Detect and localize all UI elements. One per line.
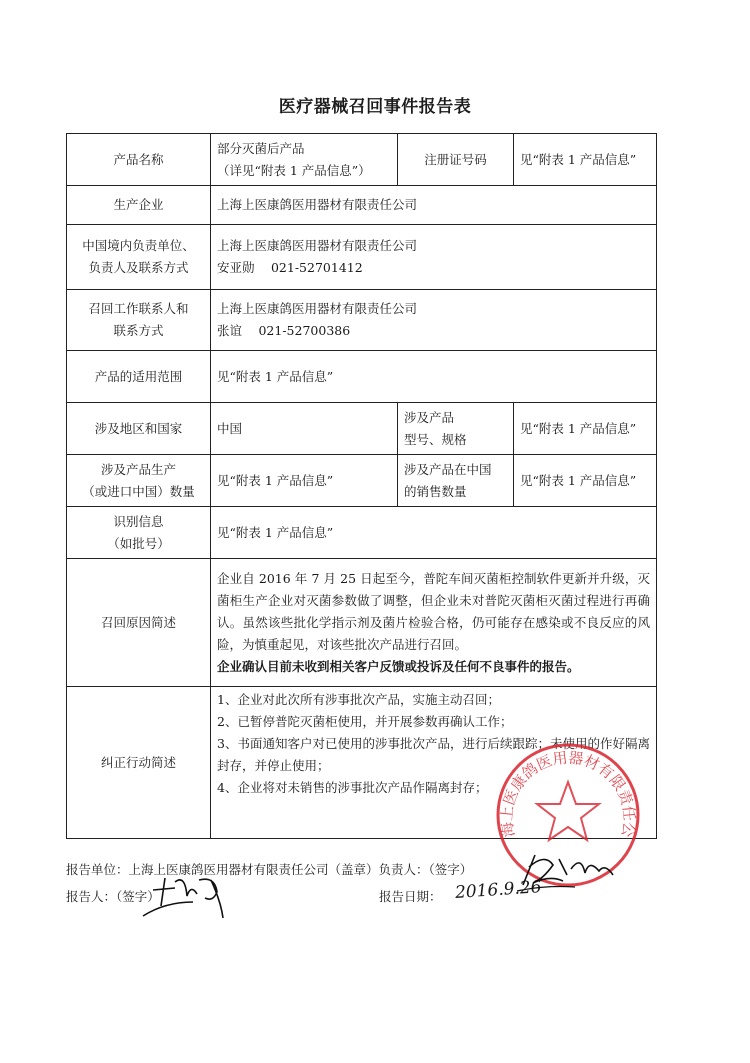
- label-scope: 产品的适用范围: [67, 351, 211, 403]
- report-date-label: 报告日期：: [379, 887, 442, 905]
- label-model-spec: 涉及产品 型号、规格: [398, 403, 514, 455]
- label-line1: 识别信息: [73, 511, 204, 533]
- label-recall-contact: 召回工作联系人和 联系方式: [67, 290, 211, 351]
- reporter-label: 报告人：（签字）: [66, 887, 160, 905]
- label-line2: （如批号）: [73, 533, 204, 555]
- corrective-item-4: 4、企业将对未销售的涉事批次产品作隔离封存；: [217, 777, 650, 799]
- label-line1: 涉及产品在中国: [404, 459, 507, 481]
- reporting-unit-value: 上海上医康鸽医用器材有限责任公司（盖章）: [129, 862, 379, 877]
- label-line2: 的销售数量: [404, 481, 507, 503]
- reporting-unit-label: 报告单位：: [66, 862, 129, 877]
- corrective-item-3: 3、书面通知客户对已使用的涉事批次产品，进行后续跟踪；未使用的作好隔离封存，并停…: [217, 733, 650, 777]
- footer-line-1: 报告单位：上海上医康鸽医用器材有限责任公司（盖章）负责人：（签字）: [66, 860, 472, 878]
- label-line2: 型号、规格: [404, 429, 507, 451]
- document-title: 医疗器械召回事件报告表: [0, 92, 750, 117]
- label-line1: 涉及产品生产: [73, 459, 204, 481]
- label-domestic-responsible: 中国境内负责单位、 负责人及联系方式: [67, 225, 211, 290]
- label-product-name: 产品名称: [67, 134, 211, 186]
- responsible-signature: [515, 845, 625, 895]
- row-identification: 识别信息 （如批号） 见“附表 1 产品信息”: [67, 507, 657, 559]
- row-scope: 产品的适用范围 见“附表 1 产品信息”: [67, 351, 657, 403]
- label-corrective-action: 纠正行动简述: [67, 687, 211, 839]
- row-domestic-responsible: 中国境内负责单位、 负责人及联系方式 上海上医康鸽医用器材有限责任公司 安亚勋 …: [67, 225, 657, 290]
- corrective-item-2: 2、已暂停普陀灭菌柜使用，并开展参数再确认工作；: [217, 711, 650, 733]
- row-manufacturer: 生产企业 上海上医康鸽医用器材有限责任公司: [67, 186, 657, 225]
- label-region: 涉及地区和国家: [67, 403, 211, 455]
- label-identification: 识别信息 （如批号）: [67, 507, 211, 559]
- label-line2: （或进口中国）数量: [73, 481, 204, 503]
- label-quantity: 涉及产品生产 （或进口中国）数量: [67, 455, 211, 507]
- recall-reason-paragraph: 企业自 2016 年 7 月 25 日起至今，普陀车间灭菌柜控制软件更新并升级，…: [217, 568, 650, 656]
- row-product-name: 产品名称 部分灭菌后产品 （详见“附表 1 产品信息”） 注册证号码 见“附表 …: [67, 134, 657, 186]
- recall-report-table: 产品名称 部分灭菌后产品 （详见“附表 1 产品信息”） 注册证号码 见“附表 …: [66, 133, 657, 839]
- row-quantity: 涉及产品生产 （或进口中国）数量 见“附表 1 产品信息” 涉及产品在中国 的销…: [67, 455, 657, 507]
- label-line2: 联系方式: [73, 320, 204, 342]
- label-line1: 中国境内负责单位、: [73, 235, 204, 257]
- value-recall-contact: 上海上医康鸽医用器材有限责任公司 张谊 021-52700386: [211, 290, 657, 351]
- value-quantity: 见“附表 1 产品信息”: [211, 455, 398, 507]
- row-recall-reason: 召回原因简述 企业自 2016 年 7 月 25 日起至今，普陀车间灭菌柜控制软…: [67, 559, 657, 687]
- value-domestic-responsible: 上海上医康鸽医用器材有限责任公司 安亚勋 021-52701412: [211, 225, 657, 290]
- label-recall-reason: 召回原因简述: [67, 559, 211, 687]
- label-manufacturer: 生产企业: [67, 186, 211, 225]
- domestic-contact: 安亚勋 021-52701412: [217, 257, 650, 279]
- domestic-company: 上海上医康鸽医用器材有限责任公司: [217, 235, 650, 257]
- value-product-name: 部分灭菌后产品 （详见“附表 1 产品信息”）: [211, 134, 398, 186]
- label-line2: 负责人及联系方式: [73, 257, 204, 279]
- value-sales-quantity: 见“附表 1 产品信息”: [514, 455, 657, 507]
- value-scope: 见“附表 1 产品信息”: [211, 351, 657, 403]
- value-corrective-action: 1、企业对此次所有涉事批次产品，实施主动召回； 2、已暂停普陀灭菌柜使用，并开展…: [211, 687, 657, 839]
- corrective-item-1: 1、企业对此次所有涉事批次产品，实施主动召回；: [217, 689, 650, 711]
- label-line1: 召回工作联系人和: [73, 298, 204, 320]
- row-region: 涉及地区和国家 中国 涉及产品 型号、规格 见“附表 1 产品信息”: [67, 403, 657, 455]
- value-manufacturer: 上海上医康鸽医用器材有限责任公司: [211, 186, 657, 225]
- product-name-line2: （详见“附表 1 产品信息”）: [217, 160, 391, 182]
- row-corrective-action: 纠正行动简述 1、企业对此次所有涉事批次产品，实施主动召回； 2、已暂停普陀灭菌…: [67, 687, 657, 839]
- responsible-person-label: 负责人：（签字）: [379, 862, 473, 877]
- product-name-line1: 部分灭菌后产品: [217, 138, 391, 160]
- no-adverse-event-statement: 企业确认目前未收到相关客户反馈或投诉及任何不良事件的报告。: [217, 656, 650, 678]
- row-recall-contact: 召回工作联系人和 联系方式 上海上医康鸽医用器材有限责任公司 张谊 021-52…: [67, 290, 657, 351]
- value-identification: 见“附表 1 产品信息”: [211, 507, 657, 559]
- label-sales-quantity: 涉及产品在中国 的销售数量: [398, 455, 514, 507]
- recall-contact-company: 上海上医康鸽医用器材有限责任公司: [217, 298, 650, 320]
- value-registration-number: 见“附表 1 产品信息”: [514, 134, 657, 186]
- handwritten-date: 2016.9.26: [454, 877, 542, 903]
- value-model-spec: 见“附表 1 产品信息”: [514, 403, 657, 455]
- label-line1: 涉及产品: [404, 407, 507, 429]
- value-region: 中国: [211, 403, 398, 455]
- recall-contact-person: 张谊 021-52700386: [217, 320, 650, 342]
- value-recall-reason: 企业自 2016 年 7 月 25 日起至今，普陀车间灭菌柜控制软件更新并升级，…: [211, 559, 657, 687]
- label-registration-number: 注册证号码: [398, 134, 514, 186]
